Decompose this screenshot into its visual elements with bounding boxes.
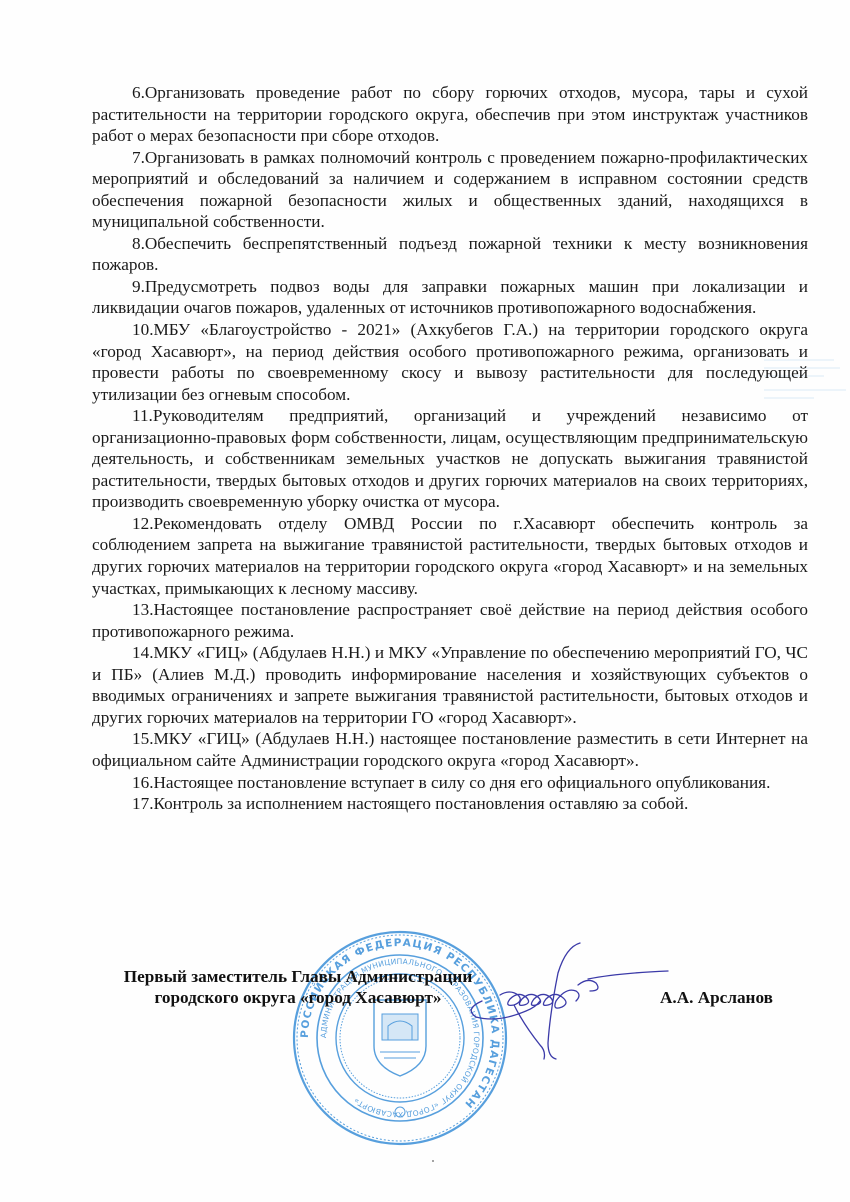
paragraph-16: 16.Настоящее постановление вступает в си… bbox=[92, 772, 808, 794]
paragraph-8: 8.Обеспечить беспрепятственный подъезд п… bbox=[92, 233, 808, 276]
paragraph-17: 17.Контроль за исполнением настоящего по… bbox=[92, 793, 808, 815]
document-body: 6.Организовать проведение работ по сбору… bbox=[92, 82, 808, 815]
paragraph-14: 14.МКУ «ГИЦ» (Абдулаев Н.Н.) и МКУ «Упра… bbox=[92, 642, 808, 728]
document-page: 6.Организовать проведение работ по сбору… bbox=[0, 0, 850, 1202]
signatory-title: Первый заместитель Главы Администрации г… bbox=[98, 966, 498, 1008]
svg-text:РОССИЙСКАЯ ФЕДЕРАЦИЯ РЕСПУБЛИК: РОССИЙСКАЯ ФЕДЕРАЦИЯ РЕСПУБЛИКА ДАГЕСТАН bbox=[299, 937, 501, 1111]
paragraph-9: 9.Предусмотреть подвоз воды для заправки… bbox=[92, 276, 808, 319]
paragraph-7: 7.Организовать в рамках полномочий контр… bbox=[92, 147, 808, 233]
handwritten-signature-icon bbox=[460, 935, 670, 1065]
paragraph-15: 15.МКУ «ГИЦ» (Абдулаев Н.Н.) настоящее п… bbox=[92, 728, 808, 771]
official-stamp-icon: РОССИЙСКАЯ ФЕДЕРАЦИЯ РЕСПУБЛИКА ДАГЕСТАН… bbox=[290, 928, 510, 1148]
paragraph-13: 13.Настоящее постановление распространяе… bbox=[92, 599, 808, 642]
paragraph-11: 11.Руководителям предприятий, организаци… bbox=[92, 405, 808, 513]
svg-text:АДМИНИСТРАЦИЯ МУНИЦИПАЛЬНОГО О: АДМИНИСТРАЦИЯ МУНИЦИПАЛЬНОГО ОБРАЗОВАНИЯ… bbox=[319, 957, 481, 1119]
paragraph-12: 12.Рекомендовать отделу ОМВД России по г… bbox=[92, 513, 808, 599]
signatory-title-line-2: городского округа «город Хасавюрт» bbox=[98, 987, 498, 1008]
paragraph-10: 10.МБУ «Благоустройство - 2021» (Ахкубег… bbox=[92, 319, 808, 405]
signatory-name: А.А. Арсланов bbox=[660, 987, 773, 1008]
scan-artifact-dot bbox=[432, 1160, 434, 1162]
paragraph-6: 6.Организовать проведение работ по сбору… bbox=[92, 82, 808, 147]
signatory-title-line-1: Первый заместитель Главы Администрации bbox=[98, 966, 498, 987]
